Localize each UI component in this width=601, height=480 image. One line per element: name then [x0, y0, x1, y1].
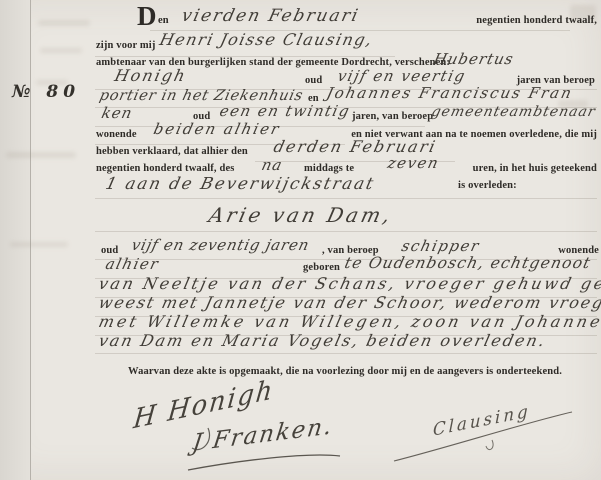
printed-residing: wonende: [96, 130, 137, 141]
printed-hours-house-marked: uren, in het huis geteekend: [473, 164, 597, 175]
handwritten-hour: zeven: [386, 156, 441, 171]
page-gutter-edge: [0, 0, 31, 480]
clausing-tick-flourish: [486, 440, 493, 450]
handwritten-earlier-marriage-parents-line: met Willemke van Willegen, zoon van Joha…: [97, 314, 601, 330]
signature-registrar: Clausing: [433, 403, 531, 439]
printed-year-time-prefix: negentien honderd twaalf, des: [96, 164, 235, 175]
baseline-rule: [95, 231, 597, 232]
bleed-through-smudge: [38, 20, 90, 26]
handwritten-deceased-age: vijf en zeventig jaren: [130, 238, 311, 253]
handwritten-deceased-name: Arie van Dam,: [207, 205, 395, 225]
printed-aged: oud: [305, 76, 322, 87]
printed-has-died: is overleden:: [458, 181, 517, 192]
handwritten-declarant2-occupation: gemeenteambtenaar: [430, 105, 597, 119]
baseline-rule: [95, 353, 597, 354]
handwritten-deceased-occupation: schipper: [400, 239, 481, 254]
handwritten-deceased-residence: alhier: [104, 257, 161, 272]
printed-years-occupation: jaren, van beroep: [352, 112, 433, 123]
act-number: № 80: [12, 84, 80, 101]
handwritten-declarant2-name-cont: ken: [100, 106, 134, 121]
handwritten-meridiem: na: [260, 158, 284, 173]
franken-underline-flourish: [188, 455, 340, 470]
bleed-through-smudge: [40, 48, 82, 53]
printed-initial-cap: D: [137, 3, 157, 30]
handwritten-registrar-name: Henri Joisse Clausing,: [158, 32, 375, 48]
handwritten-spouse-line: van Neeltje van der Schans, vroeger gehu…: [97, 276, 601, 292]
bleed-through-smudge: [10, 242, 68, 247]
bleed-through-smudge: [6, 152, 76, 158]
printed-year: negentien honderd twaalf,: [476, 16, 597, 27]
printed-closing-statement: Waarvan deze akte is opgemaakt, die na v…: [128, 367, 562, 378]
death-certificate-scan: № 80 D en vierden Februari negentien hon…: [0, 0, 601, 480]
handwritten-declarant1-firstname: Hubertus: [432, 52, 515, 67]
handwritten-residence-both: beiden alhier: [152, 122, 282, 137]
handwritten-declarant2-age: een en twintig: [218, 104, 352, 119]
printed-word-en: en: [158, 16, 169, 27]
handwritten-declarant1-age: vijf en veertig: [336, 69, 467, 84]
handwritten-former-marriage-line: weest met Jannetje van der Schoor, weder…: [97, 295, 601, 311]
printed-before-me: zijn voor mij: [96, 41, 156, 52]
signature-declarant2: J Franken.: [191, 415, 335, 456]
handwritten-parents-deceased-line: van Dam en Maria Vogels, beiden overlede…: [97, 333, 548, 349]
printed-born: geboren: [303, 263, 340, 274]
handwritten-death-date: derden Februari: [272, 139, 438, 155]
handwritten-registration-date: vierden Februari: [180, 8, 361, 25]
handwritten-declarant1-surname: Honigh: [113, 68, 188, 84]
handwritten-death-address: 1 aan de Beverwijckstraat: [104, 176, 377, 193]
handwritten-declarant2-name: Johannes Franciscus Fran: [325, 86, 575, 101]
printed-declared-that: hebben verklaard, dat alhier den: [96, 147, 248, 158]
printed-midday-at: middags te: [304, 164, 354, 175]
handwritten-birthplace-spouse: te Oudenbosch, echtgenoot: [343, 256, 592, 272]
baseline-rule: [95, 198, 597, 199]
